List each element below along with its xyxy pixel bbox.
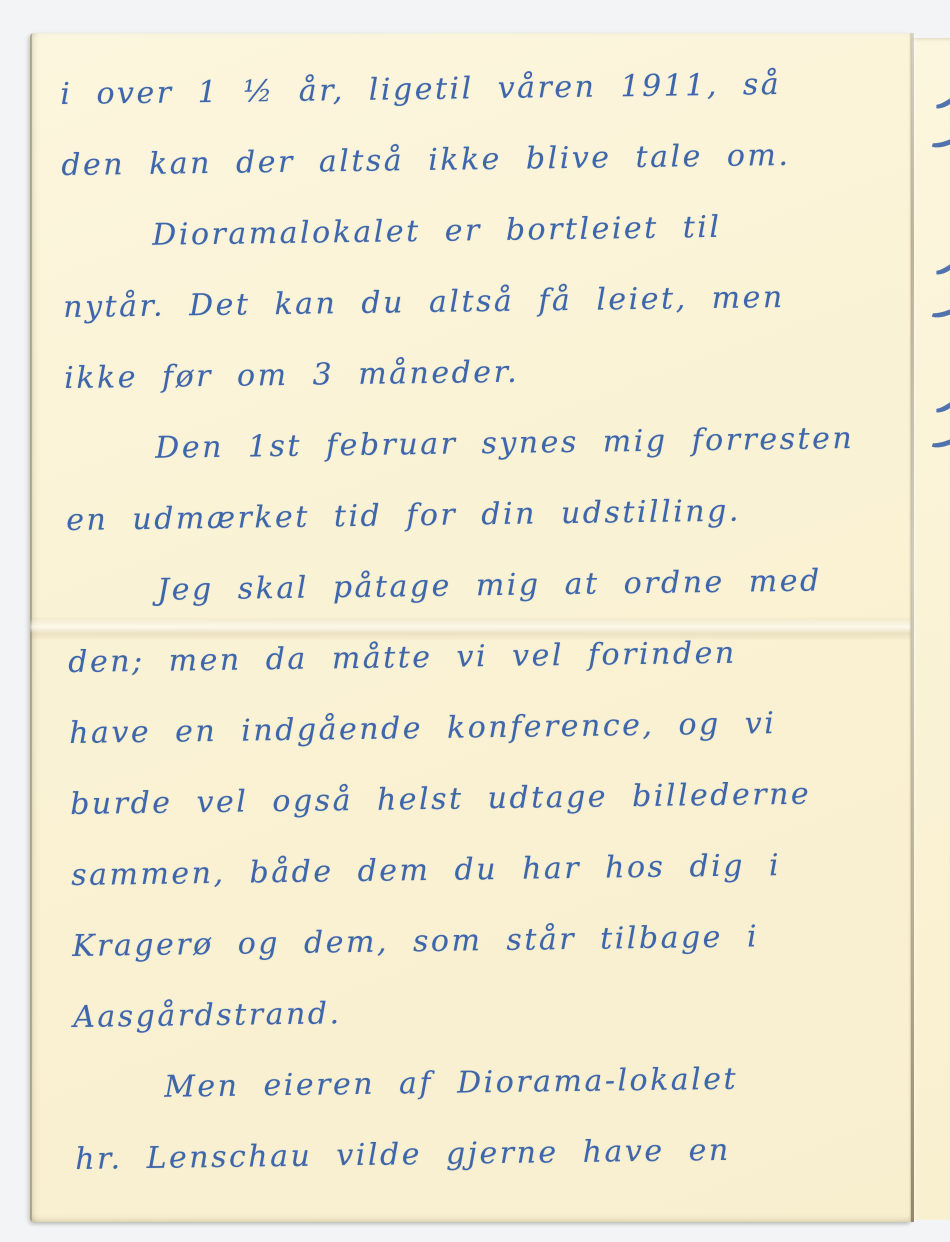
partial-ink-stroke: [925, 295, 950, 321]
handwritten-line: ikke før om 3 måneder.: [64, 350, 875, 432]
handwritten-line: en udmærket tid for din udstilling.: [66, 492, 877, 574]
scan-background: { "letter": { "ink_color": "#3e66ab", "p…: [0, 0, 950, 1242]
partial-ink-stroke: [928, 83, 950, 112]
handwritten-line: Aasgårdstrand.: [73, 989, 884, 1071]
handwritten-line: nytår. Det kan du altså få leiet, men: [63, 279, 874, 361]
handwritten-line: den kan der altså ikke blive tale om.: [61, 137, 872, 219]
handwritten-line: hr. Lenschau vilde gjerne have en: [75, 1131, 886, 1213]
partial-ink-stroke: [928, 249, 950, 278]
partial-ink-stroke: [925, 125, 950, 151]
handwritten-line: have en indgående konference, og vi: [69, 705, 880, 787]
handwritten-line: den; men da måtte vi vel forinden: [68, 634, 879, 716]
adjacent-page-edge: [914, 38, 950, 1220]
partial-ink-stroke: [928, 387, 950, 416]
handwritten-line: sammen, både dem du har hos dig i: [71, 847, 882, 929]
letter-body: i over 1 ½ år, ligetil våren 1911, såden…: [60, 66, 886, 1213]
handwritten-line: Den 1st februar synes mig forresten: [65, 421, 876, 503]
letter-page: i over 1 ½ år, ligetil våren 1911, såden…: [30, 33, 911, 1222]
handwritten-line: Men eieren af Diorama-lokalet: [74, 1060, 885, 1142]
handwritten-line: Dioramalokalet er bortleiet til: [62, 208, 873, 290]
handwritten-line: Kragerø og dem, som står tilbage i: [72, 918, 883, 1000]
handwritten-line: Jeg skal påtage mig at ordne med: [67, 563, 878, 645]
partial-ink-stroke: [925, 425, 950, 451]
handwritten-line: burde vel også helst udtage billederne: [70, 776, 881, 858]
handwritten-line: i over 1 ½ år, ligetil våren 1911, så: [60, 66, 871, 148]
